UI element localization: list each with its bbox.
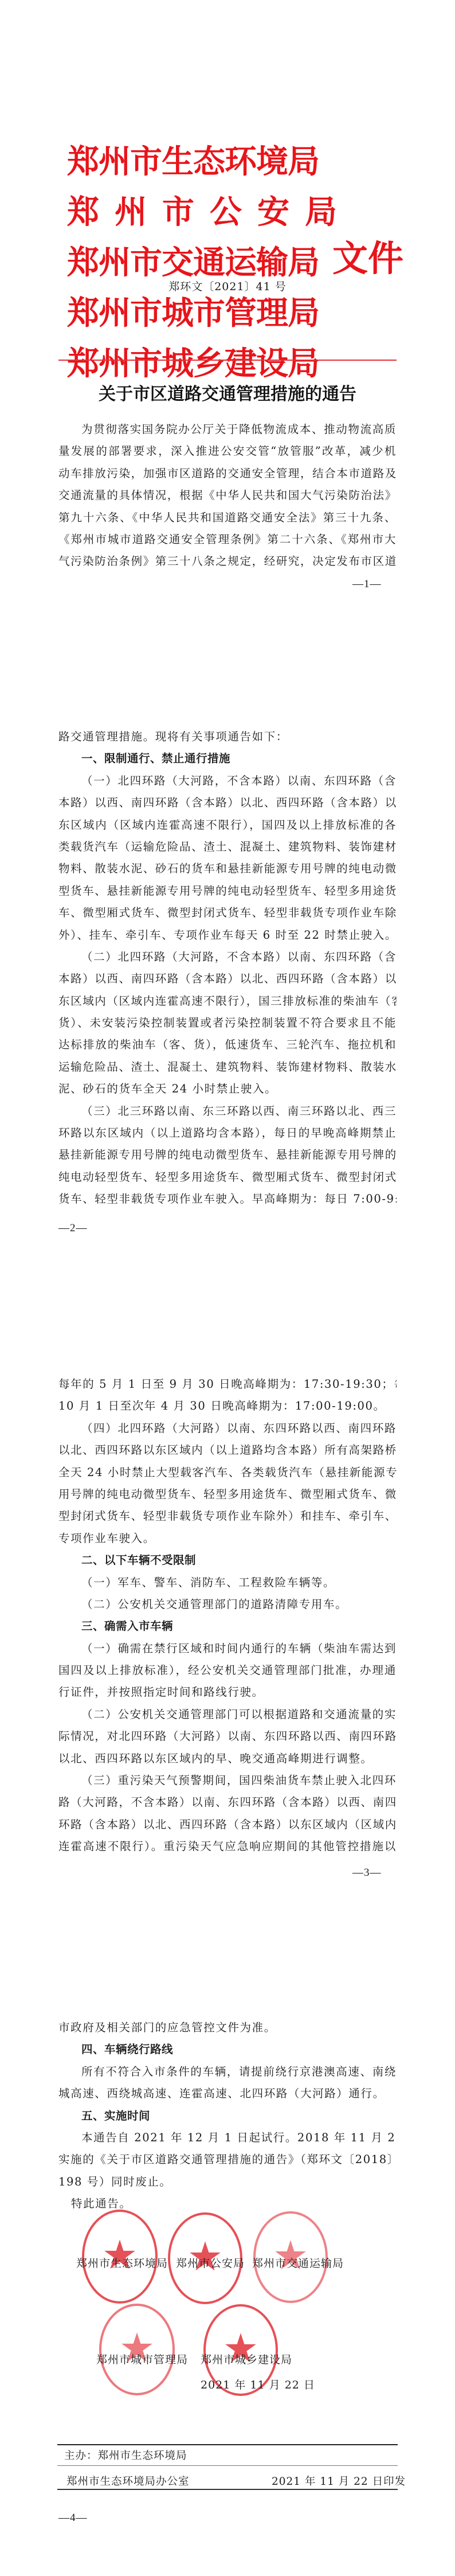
text-line: 以北、西四环路以东区域内的早、晚交通高峰期进行调整。 <box>58 1748 397 1770</box>
text-line: 型封闭式货车、轻型非载货专项作业车除外）和挂车、牵引车、 <box>58 1505 397 1527</box>
text-line: 本通告自 2021 年 12 月 1 日起试行。2018 年 11 月 21 日… <box>58 2127 397 2149</box>
issuing-office: 郑州市生态环境局办公室 <box>66 2473 190 2488</box>
section-heading: 三、确需入市车辆 <box>58 1615 397 1637</box>
text-line: 东区域内（区域内连霍高速不限行），国三排放标准的柴油车（客、 <box>58 990 397 1012</box>
section-heading: 一、限制通行、禁止通行措施 <box>58 748 397 770</box>
page-2-body: 路交通管理措施。现将有关事项通告如下： 一、限制通行、禁止通行措施 （一）北四环… <box>58 726 397 1211</box>
text-line: 行证件，并按照指定时间和路线行驶。 <box>58 1681 397 1703</box>
text-line: 《郑州市城市道路交通安全管理条例》第二十六条、《郑州市大 <box>58 529 397 551</box>
text-line: 本路）以西、南四环路（含本路）以北、西四环路（含本路）以 <box>58 792 397 814</box>
text-line: 悬挂新能源专用号牌的纯电动微型货车、悬挂新能源专用号牌的 <box>58 1144 397 1166</box>
official-seal: ★ <box>99 2304 175 2395</box>
text-line: 所有不符合入市条件的车辆，请提前绕行京港澳高速、南绕 <box>58 2061 397 2083</box>
text-line: 类载货汽车（运输危险品、渣土、混凝土、建筑物料、装饰建材 <box>58 836 397 858</box>
signer-name: 郑州市城乡建设局 <box>201 2351 292 2367</box>
text-line: 路（大河路，不含本路）以南、东四环路（含本路）以西、南四 <box>58 1792 397 1813</box>
document-suffix: 文件 <box>332 239 403 279</box>
section-heading: 五、实施时间 <box>58 2105 397 2127</box>
footer-rule-middle <box>57 2465 398 2466</box>
text-line: 交通流量的具体情况，根据《中华人民共和国大气污染防治法》 <box>58 485 397 506</box>
page-number: —2— <box>58 1222 88 1235</box>
text-line: （三）北三环路以南、东三环路以西、南三环路以北、西三 <box>58 1100 397 1122</box>
footer-rule-top <box>57 2444 398 2445</box>
issue-date: 2021 年 11 月 22 日印发 <box>272 2473 406 2488</box>
text-line: 用号牌的纯电动微型货车、轻型多用途货车、微型厢式货车、微 <box>58 1484 397 1505</box>
text-line: 环路以东区域内（以上道路均含本路），每日的早晚高峰期禁止 <box>58 1122 397 1144</box>
signer-name: 郑州市公安局 <box>176 2255 245 2270</box>
document-number: 郑环文〔2021〕41 号 <box>0 278 455 294</box>
text-line: 198 号）同时废止。 <box>58 2171 397 2193</box>
text-line: 动车排放污染，加强市区道路的交通安全管理，结合本市道路及 <box>58 463 397 485</box>
text-line: 实施的《关于市区道路交通管理措施的通告》（郑环文〔2018〕 <box>58 2149 397 2171</box>
page-number: —3— <box>352 1867 382 1879</box>
text-line: 气污染防治条例》第三十八条之规定，经研究，决定发布市区道 <box>58 551 397 572</box>
text-line: 外）、挂车、牵引车、专项作业车每天 6 时至 22 时禁止驶入。 <box>58 924 397 946</box>
text-line: 全天 24 小时禁止大型载客汽车、各类载货汽车（悬挂新能源专 <box>58 1462 397 1484</box>
signer-name: 郑州市交通运输局 <box>252 2255 344 2270</box>
text-line: （二）公安机关交通管理部门可以根据道路和交通流量的实 <box>58 1704 397 1726</box>
text-line: 路交通管理措施。现将有关事项通告如下： <box>58 726 397 748</box>
text-line: 纯电动轻型货车、轻型多用途货车、微型厢式货车、微型封闭式 <box>58 1166 397 1188</box>
signer-name: 郑州市生态环境局 <box>76 2255 168 2270</box>
footer-rule-bottom <box>57 2489 398 2490</box>
text-line: 物料、散装水泥、砂石的货车和悬挂新能源专用号牌的纯电动微 <box>58 858 397 880</box>
section-heading: 二、以下车辆不受限制 <box>58 1549 397 1571</box>
document-title: 关于市区道路交通管理措施的通告 <box>0 380 455 405</box>
text-line: 货车、轻型非载货专项作业车驶入。早高峰期为：每日 7:00-9:00， <box>58 1188 397 1210</box>
sponsor-label: 主办：郑州市生态环境局 <box>64 2448 187 2462</box>
page-4-body: 市政府及相关部门的应急管控文件为准。 四、车辆绕行路线 所有不符合入市条件的车辆… <box>58 2017 397 2215</box>
text-line: （四）北四环路（大河路）以南、东四环路以西、南四环路 <box>58 1418 397 1439</box>
text-line: 本路）以西、南四环路（含本路）以北、西四环路（含本路）以 <box>58 968 397 990</box>
text-line: （一）北四环路（大河路，不含本路）以南、东四环路（含 <box>58 770 397 792</box>
page-number: —1— <box>352 578 382 591</box>
page-number: —4— <box>58 2512 88 2524</box>
text-line: 达标排放的柴油车（客、货），低速货车、三轮汽车、拖拉机和 <box>58 1034 397 1056</box>
text-line: 运输危险品、渣土、混凝土、建筑物料、装饰建材物料、散装水 <box>58 1056 397 1078</box>
text-line: 环路（含本路）以北、西四环路（含本路）以东区域内（区域内 <box>58 1814 397 1836</box>
text-line: 城高速、西绕城高速、连霍高速、北四环路（大河路）通行。 <box>58 2083 397 2105</box>
page-3-body: 每年的 5 月 1 日至 9 月 30 日晚高峰期为：17:30-19:30；每… <box>58 1373 397 1858</box>
issuer-name: 郑州市公安局 <box>67 195 352 229</box>
text-line: 以北、西四环路以东区域内（以上道路均含本路）所有高架路桥 <box>58 1439 397 1461</box>
text-line: 车、微型厢式货车、微型封闭式货车、轻型非载货专项作业车除 <box>58 902 397 924</box>
text-line: 货）、未安装污染控制装置或者污染控制装置不符合要求且不能 <box>58 1012 397 1034</box>
text-line: （三）重污染天气预警期间，国四柴油货车禁止驶入北四环 <box>58 1770 397 1792</box>
text-line: 型货车、悬挂新能源专用号牌的纯电动轻型货车、轻型多用途货 <box>58 880 397 902</box>
text-line: 国四及以上排放标准），经公安机关交通管理部门批准，办理通 <box>58 1660 397 1681</box>
text-line: 第九十六条、《中华人民共和国道路交通安全法》第三十九条、 <box>58 507 397 529</box>
issuer-name: 郑州市城市管理局 <box>67 296 319 330</box>
text-line: 为贯彻落实国务院办公厅关于降低物流成本、推动物流高质 <box>58 419 397 440</box>
issuer-name: 郑州市城乡建设局 <box>67 346 319 381</box>
red-divider <box>58 360 397 361</box>
text-line: （一）确需在禁行区域和时间内通行的车辆（柴油车需达到 <box>58 1638 397 1660</box>
text-line: 际情况，对北四环路（大河路）以南、东四环路以西、南四环路 <box>58 1726 397 1747</box>
signature-date: 2021 年 11 月 22 日 <box>201 2376 315 2392</box>
page-1-body: 为贯彻落实国务院办公厅关于降低物流成本、推动物流高质 量发展的部署要求，深入推进… <box>58 419 397 573</box>
text-line: 泥、砂石的货车全天 24 小时禁止驶入。 <box>58 1078 397 1100</box>
text-line: （二）公安机关交通管理部门的道路清障专用车。 <box>58 1594 397 1615</box>
text-line: （二）北四环路（大河路，不含本路）以南、东四环路（含 <box>58 946 397 968</box>
section-heading: 四、车辆绕行路线 <box>58 2039 397 2060</box>
issuer-name: 郑州市生态环境局 <box>67 145 319 179</box>
text-line: 东区域内（区域内连霍高速不限行），国四及以上排放标准的各 <box>58 814 397 836</box>
signer-name: 郑州市城市管理局 <box>96 2351 188 2367</box>
text-line: 连霍高速不限行）。重污染天气应急响应期间的其他管控措施以 <box>58 1836 397 1857</box>
text-line: （一）军车、警车、消防车、工程救险车辆等。 <box>58 1572 397 1594</box>
text-line: 专项作业车驶入。 <box>58 1528 397 1549</box>
text-line: 量发展的部署要求，深入推进公安交管“放管服”改革，减少机 <box>58 440 397 462</box>
text-line: 市政府及相关部门的应急管控文件为准。 <box>58 2017 397 2039</box>
issuer-name: 郑州市交通运输局 <box>67 245 319 280</box>
text-line: 10 月 1 日至次年 4 月 30 日晚高峰期为：17:00-19:00。 <box>58 1395 397 1417</box>
text-line: 每年的 5 月 1 日至 9 月 30 日晚高峰期为：17:30-19:30；每… <box>58 1373 397 1395</box>
